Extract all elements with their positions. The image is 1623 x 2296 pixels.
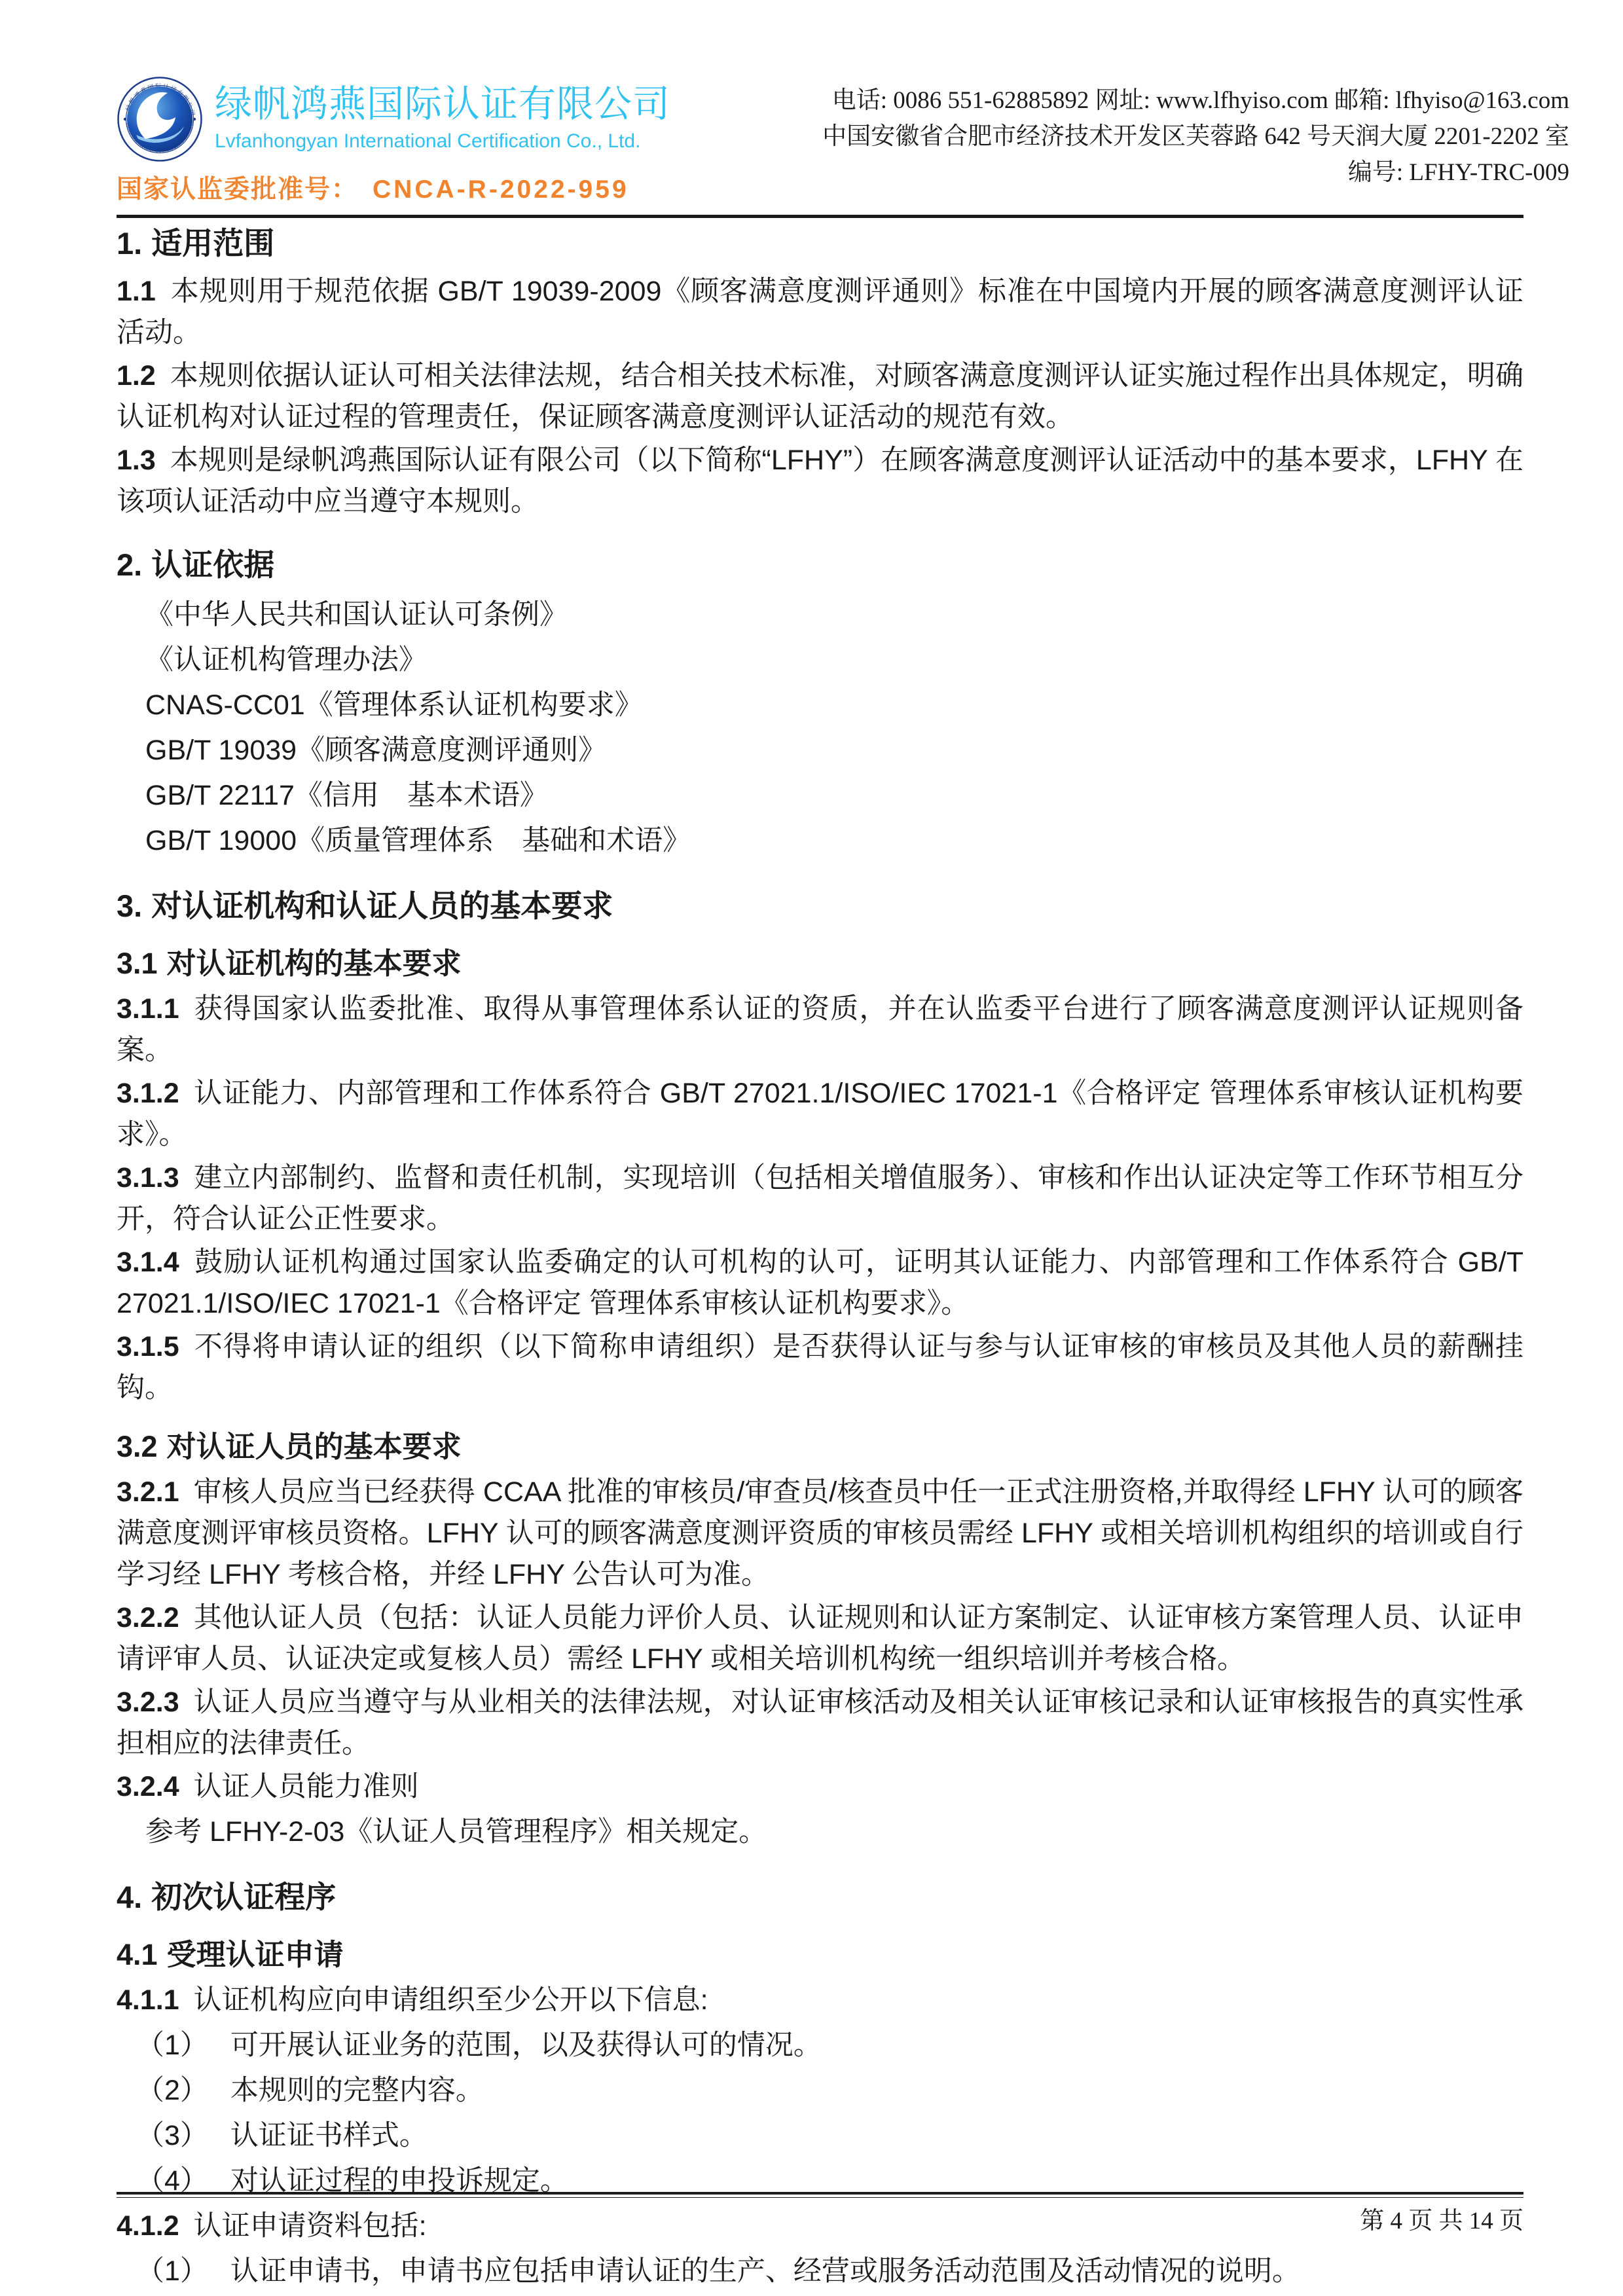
logo-ring-dot-left [124, 118, 126, 120]
header-contact-block: 电话: 0086 551-62885892 网址: www.lfhyiso.co… [822, 73, 1569, 191]
section-4-heading: 4.初次认证程序 [117, 1878, 1523, 1917]
approval-number-line: 国家认监委批准号：CNCA-R-2022-959 [117, 169, 670, 206]
document-page: 绿帆鸿燕国际认证有限公司 LVFANHONGYAN INTERNATIONAL … [0, 0, 1623, 2296]
paragraph-1-2: 1.2 本规则依据认证认可相关法律法规，结合相关技术标准，对顾客满意度测评认证实… [117, 355, 1523, 438]
document-header: 绿帆鸿燕国际认证有限公司 LVFANHONGYAN INTERNATIONAL … [117, 73, 1523, 218]
section-1-heading: 1.适用范围 [117, 225, 1523, 263]
paragraph-3-1-3: 3.1.3 建立内部制约、监督和责任机制，实现培训（包括相关增值服务）、审核和作… [117, 1157, 1523, 1240]
company-logo-globe-sail-icon: 绿帆鸿燕国际认证有限公司 LVFANHONGYAN INTERNATIONAL … [117, 76, 203, 162]
citation-item: GB/T 19039《顾客满意度测评通则》 [117, 728, 1523, 773]
company-name-en: Lvfanhongyan International Certification… [215, 128, 670, 155]
paragraph-3-2-4: 3.2.4 认证人员能力准则 [117, 1766, 1523, 1808]
approval-number: CNCA-R-2022-959 [373, 175, 629, 204]
paragraph-3-1-4: 3.1.4 鼓励认证机构通过国家认监委确定的认可机构的认可，证明其认证能力、内部… [117, 1242, 1523, 1324]
address-line: 中国安徽省合肥市经济技术开发区芙蓉路 642 号天润大厦 2201-2202 室 [822, 118, 1569, 155]
section-2-heading: 2.认证依据 [117, 546, 1523, 585]
paragraph-4-1-1: 4.1.1 认证机构应向申请组织至少公开以下信息: [117, 1980, 1523, 2021]
doc-number-line: 编号: LFHY-TRC-009 [822, 155, 1569, 191]
paragraph-3-2-1: 3.2.1 审核人员应当已经获得 CCAA 批准的审核员/审查员/核查员中任一正… [117, 1472, 1523, 1595]
contact-line: 电话: 0086 551-62885892 网址: www.lfhyiso.co… [822, 82, 1569, 118]
list-item-1: （1）可开展认证业务的范围，以及获得认可的情况。 [117, 2023, 1523, 2068]
citation-item: 《中华人民共和国认证认可条例》 [117, 592, 1523, 638]
company-name-cn: 绿帆鸿燕国际认证有限公司 [215, 81, 670, 128]
header-brand-block: 绿帆鸿燕国际认证有限公司 LVFANHONGYAN INTERNATIONAL … [117, 73, 670, 206]
section-3-heading: 3.对认证机构和认证人员的基本要求 [117, 887, 1523, 926]
document-body: 1.适用范围 1.1 本规则用于规范依据 GB/T 19039-2009《顾客满… [117, 225, 1523, 2294]
paragraph-3-1-5: 3.1.5 不得将申请认证的组织（以下简称申请组织）是否获得认证与参与认证审核的… [117, 1326, 1523, 1409]
footer-divider [117, 2192, 1523, 2198]
section-3-1-heading: 3.1对认证机构的基本要求 [117, 945, 1523, 982]
paragraph-3-1-1: 3.1.1 获得国家认监委批准、取得从事管理体系认证的资质，并在认监委平台进行了… [117, 989, 1523, 1071]
header-divider [117, 215, 1523, 218]
document-footer: 第 4 页 共 14 页 [117, 2192, 1523, 2238]
list-item-3: （3）认证证书样式。 [117, 2113, 1523, 2159]
paragraph-3-2-3: 3.2.3 认证人员应当遵守与从业相关的法律法规，对认证审核活动及相关认证审核记… [117, 1682, 1523, 1764]
section-3-2-heading: 3.2对认证人员的基本要求 [117, 1429, 1523, 1465]
page-number: 第 4 页 共 14 页 [117, 2204, 1523, 2238]
paragraph-3-1-2: 3.1.2 认证能力、内部管理和工作体系符合 GB/T 27021.1/ISO/… [117, 1073, 1523, 1156]
citation-item: GB/T 22117《信用 基本术语》 [117, 773, 1523, 818]
paragraph-3-2-2: 3.2.2 其他认证人员（包括：认证人员能力评价人员、认证规则和认证方案制定、认… [117, 1597, 1523, 1680]
approval-label: 国家认监委批准号： [117, 175, 358, 204]
section-4-1-heading: 4.1受理认证申请 [117, 1937, 1523, 1973]
citation-item: 《认证机构管理办法》 [117, 638, 1523, 683]
paragraph-1-3: 1.3 本规则是绿帆鸿燕国际认证有限公司（以下简称“LFHY”）在顾客满意度测评… [117, 440, 1523, 522]
paragraph-1-1: 1.1 本规则用于规范依据 GB/T 19039-2009《顾客满意度测评通则》… [117, 271, 1523, 354]
list-item-2: （2）本规则的完整内容。 [117, 2068, 1523, 2113]
citation-item: CNAS-CC01《管理体系认证机构要求》 [117, 683, 1523, 728]
reference-line: 参考 LFHY-2-03《认证人员管理程序》相关规定。 [117, 1810, 1523, 1855]
citation-item: GB/T 19000《质量管理体系 基础和术语》 [117, 818, 1523, 864]
list-item-1b: （1）认证申请书，申请书应包括申请认证的生产、经营或服务活动范围及活动情况的说明… [117, 2249, 1523, 2294]
